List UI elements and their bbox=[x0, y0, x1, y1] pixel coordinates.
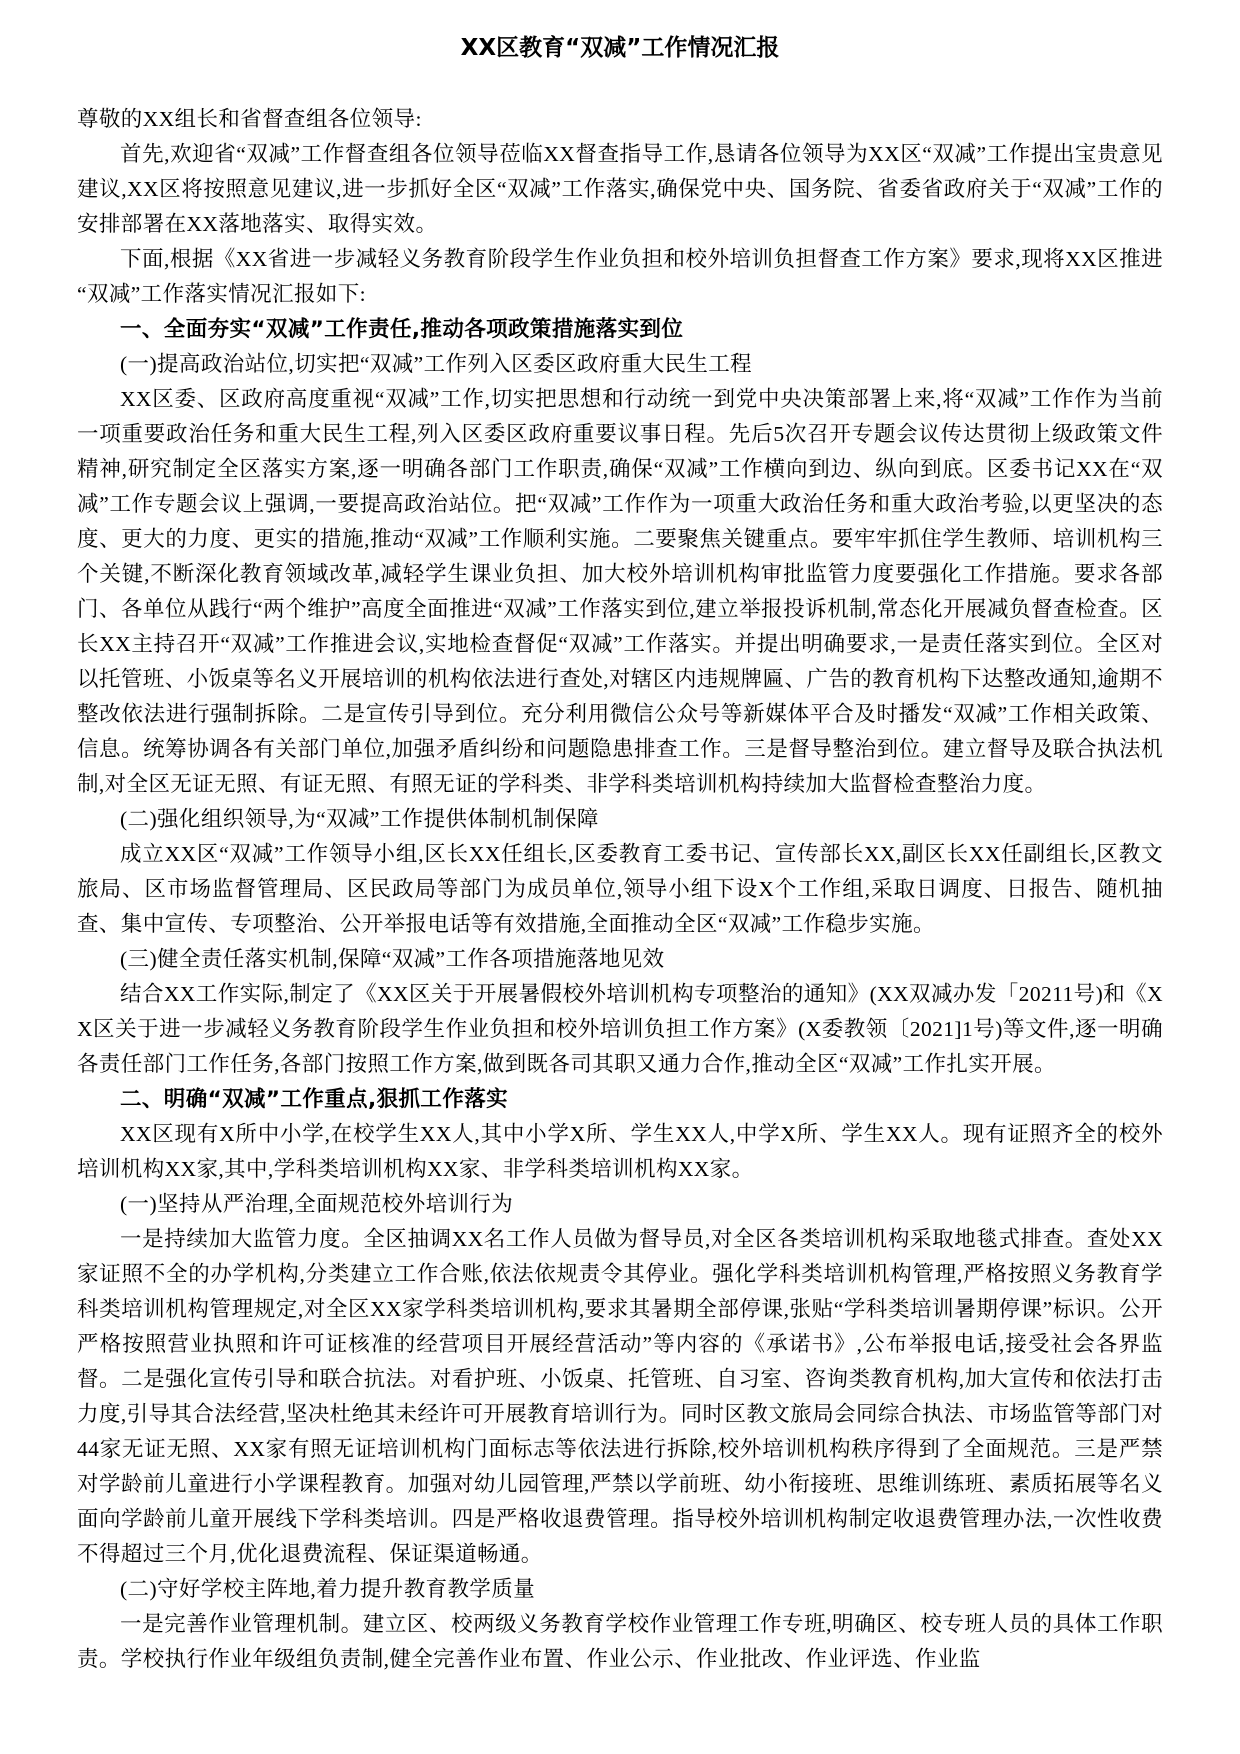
subsection-heading: (一)提高政治站位,切实把“双减”工作列入区委区政府重大民生工程 bbox=[77, 347, 1163, 382]
document-title: XX区教育“双减”工作情况汇报 bbox=[77, 30, 1163, 66]
paragraph: 一是持续加大监管力度。全区抽调XX名工作人员做为督导员,对全区各类培训机构采取地… bbox=[77, 1222, 1163, 1572]
paragraph: XX区委、区政府高度重视“双减”工作,切实把思想和行动统一到党中央决策部署上来,… bbox=[77, 382, 1163, 802]
subsection-heading: (二)强化组织领导,为“双减”工作提供体制机制保障 bbox=[77, 802, 1163, 837]
subsection-heading: (一)坚持从严治理,全面规范校外培训行为 bbox=[77, 1187, 1163, 1222]
paragraph: 一是完善作业管理机制。建立区、校两级义务教育学校作业管理工作专班,明确区、校专班… bbox=[77, 1607, 1163, 1677]
subsection-heading: (三)健全责任落实机制,保障“双减”工作各项措施落地见效 bbox=[77, 942, 1163, 977]
section-heading-2: 二、明确“双减”工作重点,狠抓工作落实 bbox=[77, 1082, 1163, 1117]
document-page: XX区教育“双减”工作情况汇报 尊敬的XX组长和省督查组各位领导: 首先,欢迎省… bbox=[0, 0, 1240, 1754]
paragraph: 首先,欢迎省“双减”工作督查组各位领导莅临XX督查指导工作,恳请各位领导为XX区… bbox=[77, 137, 1163, 242]
subsection-heading: (二)守好学校主阵地,着力提升教育教学质量 bbox=[77, 1572, 1163, 1607]
paragraph: XX区现有X所中小学,在校学生XX人,其中小学X所、学生XX人,中学X所、学生X… bbox=[77, 1117, 1163, 1187]
paragraph: 成立XX区“双减”工作领导小组,区长XX任组长,区委教育工委书记、宣传部长XX,… bbox=[77, 837, 1163, 942]
paragraph: 下面,根据《XX省进一步减轻义务教育阶段学生作业负担和校外培训负担督查工作方案》… bbox=[77, 242, 1163, 312]
paragraph: 结合XX工作实际,制定了《XX区关于开展暑假校外培训机构专项整治的通知》(XX双… bbox=[77, 977, 1163, 1082]
section-heading-1: 一、全面夯实“双减”工作责任,推动各项政策措施落实到位 bbox=[77, 312, 1163, 347]
salutation: 尊敬的XX组长和省督查组各位领导: bbox=[77, 102, 1163, 137]
